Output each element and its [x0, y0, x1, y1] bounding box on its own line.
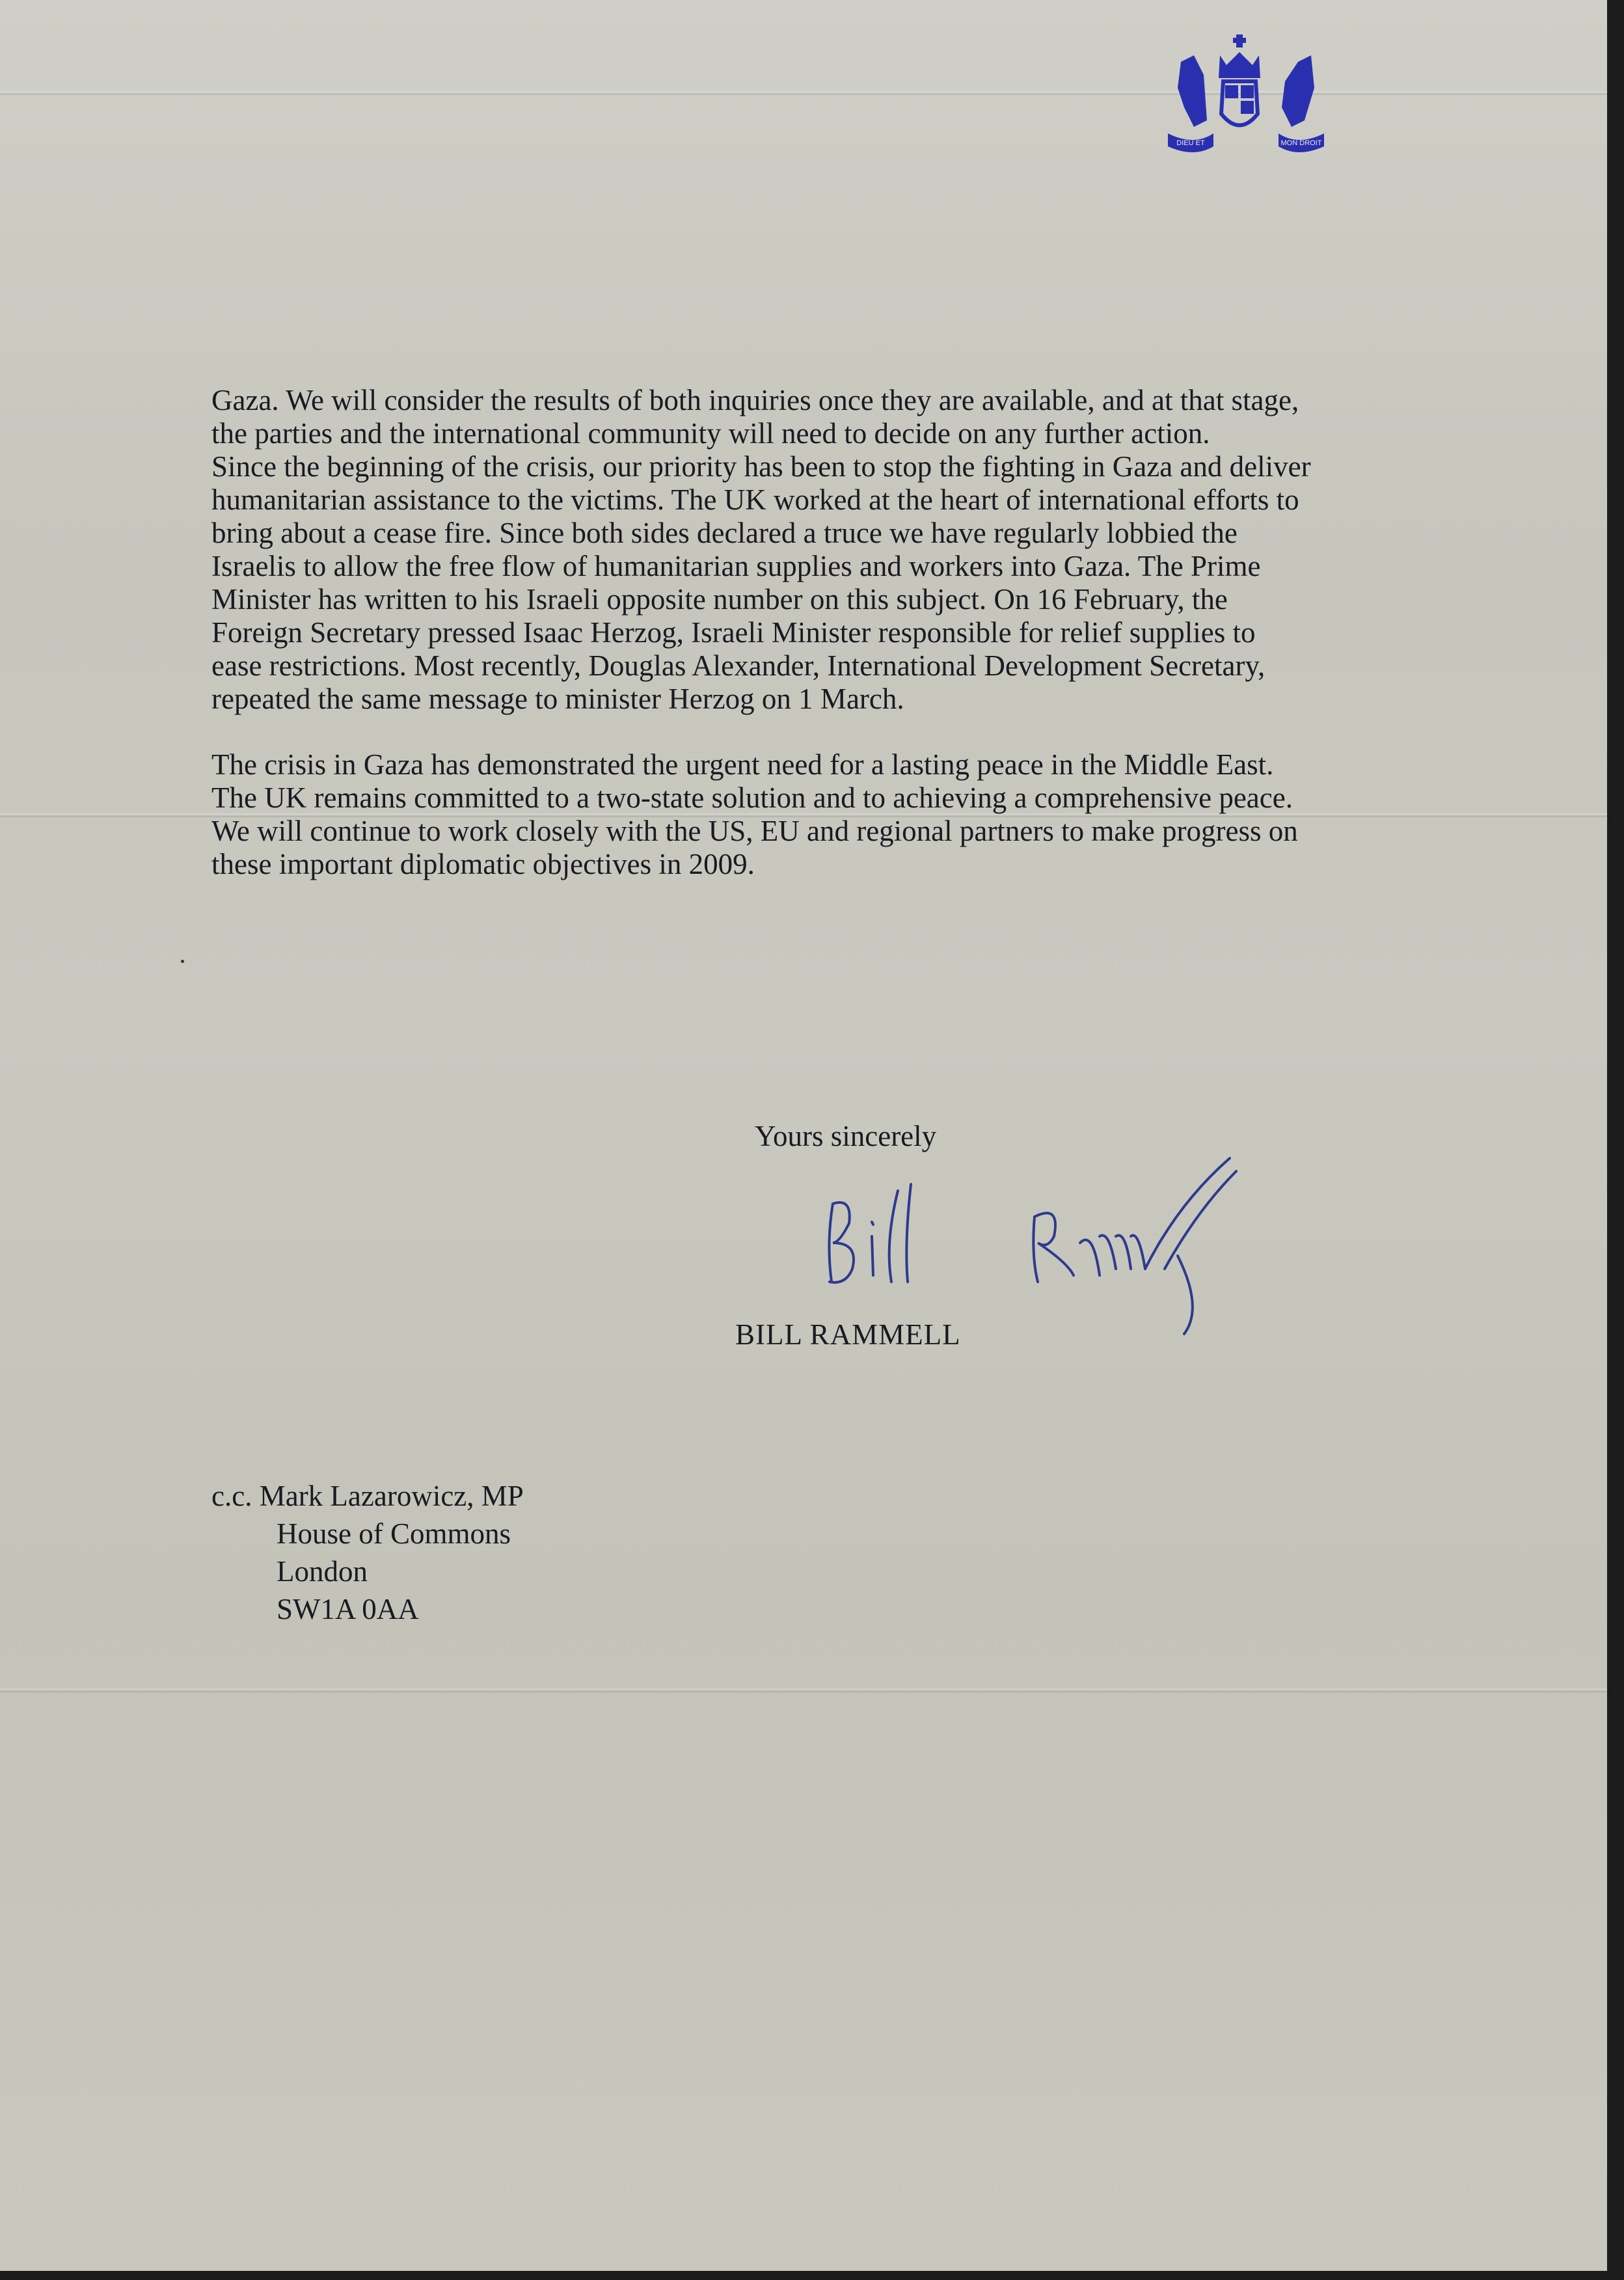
- handwritten-signature-icon: [813, 1145, 1282, 1340]
- svg-text:MON DROIT: MON DROIT: [1281, 139, 1322, 147]
- body-paragraph: Gaza. We will consider the results of bo…: [211, 384, 1545, 716]
- cc-address-line: London: [211, 1553, 524, 1590]
- svg-text:DIEU ET: DIEU ET: [1176, 139, 1205, 147]
- cc-address-line: House of Commons: [211, 1515, 524, 1553]
- letter-body: Gaza. We will consider the results of bo…: [211, 384, 1545, 881]
- body-paragraph: The crisis in Gaza has demonstrated the …: [211, 748, 1545, 881]
- paper-fold: [0, 91, 1607, 95]
- paper-speck: [181, 960, 184, 963]
- cc-block: c.c. Mark Lazarowicz, MP House of Common…: [211, 1477, 524, 1628]
- paper-fold: [0, 1689, 1607, 1692]
- signer-name: BILL RAMMELL: [735, 1318, 961, 1351]
- letter-page: DIEU ET MON DROIT Gaza. We will consider…: [0, 0, 1607, 2271]
- royal-coat-of-arms-icon: DIEU ET MON DROIT: [1155, 29, 1337, 159]
- cc-address-line: SW1A 0AA: [211, 1590, 524, 1628]
- cc-recipient: Mark Lazarowicz, MP: [260, 1480, 524, 1512]
